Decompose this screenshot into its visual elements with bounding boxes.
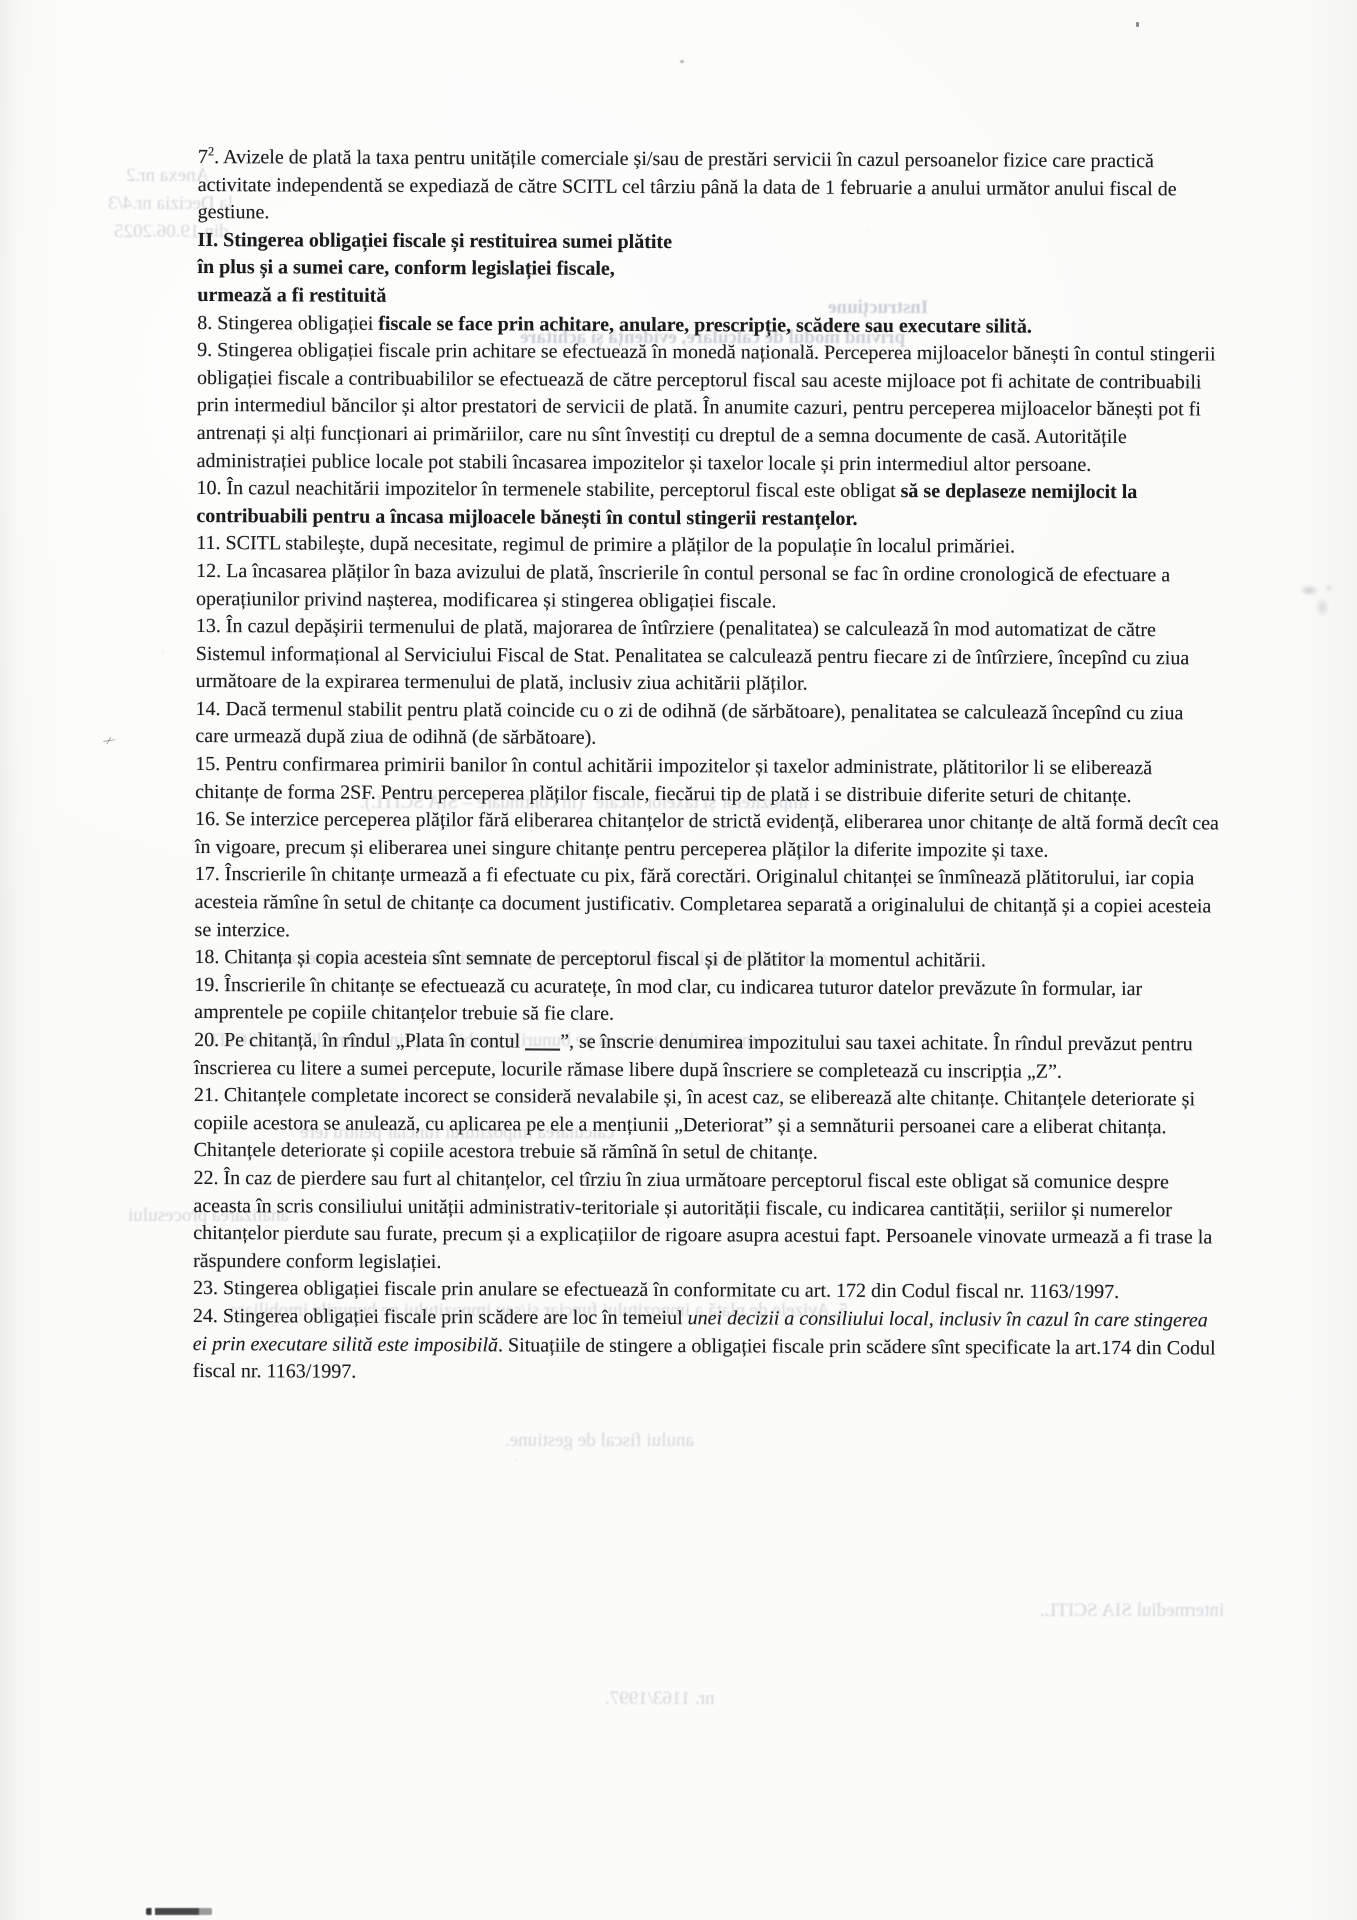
bottom-edge-scan-artifact: [146, 1908, 212, 1915]
paragraph-8-run: 8. Stingerea obligației: [197, 312, 378, 335]
paragraph-24-run: 24. Stingerea obligației fiscale prin sc…: [193, 1305, 688, 1329]
paragraph-22: 22. În caz de pierdere sau furt al chita…: [193, 1165, 1217, 1280]
paragraph-11: 11. SCITL stabilește, după necesitate, r…: [196, 530, 1220, 562]
paragraph-20-run: 20. Pe chitanță, în rîndul „Plata în con…: [194, 1029, 525, 1052]
paragraph-16: 16. Se interzice perceperea plăților făr…: [195, 806, 1219, 866]
paragraph-17: 17. Înscrierile în chitanțe urmează a fi…: [195, 861, 1219, 948]
heading-section-II-line: urmează a fi restituită: [197, 284, 386, 307]
paragraph-21-run: 21. Chitanțele completate incorect se co…: [194, 1084, 1196, 1164]
paragraph-15-run: 15. Pentru confirmarea primirii banilor …: [195, 753, 1152, 807]
paragraph-19-run: 19. Înscrierile în chitanțe se efectueaz…: [194, 974, 1142, 1025]
paragraph-7-2-run: 7: [198, 146, 208, 168]
paragraph-20: 20. Pe chitanță, în rîndul „Plata în con…: [194, 1027, 1218, 1087]
paragraph-11-run: 11. SCITL stabilește, după necesitate, r…: [196, 532, 1015, 558]
paragraph-21: 21. Chitanțele completate incorect se co…: [194, 1082, 1218, 1169]
paragraph-10-run: 10. În cazul neachitării impozitelor în …: [196, 477, 900, 502]
paragraph-23-run: 23. Stingerea obligației fiscale prin an…: [193, 1277, 1119, 1303]
paragraph-7-2: 72. Avizele de plată la taxa pentru unit…: [198, 144, 1222, 231]
paragraph-8: 8. Stingerea obligației fiscale se face …: [197, 310, 1221, 342]
paragraph-9: 9. Stingerea obligației fiscale prin ach…: [197, 337, 1222, 479]
heading-section-II: II. Stingerea obligației fiscale și rest…: [197, 227, 1221, 314]
document-text-block: 72. Avizele de plată la taxa pentru unit…: [193, 144, 1222, 1390]
paragraph-18-run: 18. Chitanța și copia acesteia sînt semn…: [194, 946, 985, 971]
paragraph-23: 23. Stingerea obligației fiscale prin an…: [193, 1275, 1217, 1307]
heading-section-II-line: II. Stingerea obligației fiscale și rest…: [198, 229, 672, 253]
paragraph-12-run: 12. La încasarea plăților în baza avizul…: [196, 560, 1170, 612]
paragraph-20-run: [525, 1030, 560, 1052]
bleedthrough-text: intermediul SIA SCITL.: [1040, 1600, 1224, 1622]
paragraph-13: 13. În cazul depășirii termenului de pla…: [196, 613, 1220, 700]
paper-background: Anexa nr.2la Decizia nr.4/3din 19.06.202…: [0, 0, 1357, 1920]
scan-smudge-artifact: [1296, 576, 1340, 624]
bleedthrough-text: nr. 1163/1997.: [605, 1688, 715, 1710]
paragraph-9-run: 9. Stingerea obligației fiscale prin ach…: [197, 339, 1216, 475]
dust-speck-artifact: [680, 60, 684, 63]
paragraph-12: 12. La încasarea plăților în baza avizul…: [196, 558, 1220, 618]
paragraph-14: 14. Dacă termenul stabilit pentru plată …: [195, 696, 1219, 756]
paragraph-18: 18. Chitanța și copia acesteia sînt semn…: [194, 944, 1218, 976]
scanned-document-page: { "page": { "kind": "scanned paper docum…: [0, 0, 1357, 1920]
paragraph-15: 15. Pentru confirmarea primirii banilor …: [195, 751, 1219, 811]
heading-section-II-line: în plus și a sumei care, conform legisla…: [197, 256, 614, 280]
paragraph-16-run: 16. Se interzice perceperea plăților făr…: [195, 808, 1219, 861]
paragraph-17-run: 17. Înscrierile în chitanțe urmează a fi…: [195, 863, 1212, 941]
pencil-mark-artifact: [99, 737, 115, 749]
bleedthrough-text: anului fiscal de gestiune.: [505, 1430, 694, 1452]
paragraph-13-run: 13. În cazul depășirii termenului de pla…: [196, 615, 1190, 695]
paragraph-24: 24. Stingerea obligației fiscale prin sc…: [193, 1303, 1217, 1390]
paragraph-22-run: 22. În caz de pierdere sau furt al chita…: [193, 1167, 1212, 1273]
paragraph-10: 10. În cazul neachitării impozitelor în …: [196, 475, 1220, 535]
paragraph-19: 19. Înscrierile în chitanțe se efectueaz…: [194, 972, 1218, 1032]
paragraph-7-2-run: . Avizele de plată la taxa pentru unităț…: [198, 146, 1177, 223]
paragraph-14-run: 14. Dacă termenul stabilit pentru plată …: [195, 698, 1183, 749]
paragraph-8-run: fiscale se face prin achitare, anulare, …: [378, 312, 1032, 337]
dust-speck-artifact: [1136, 22, 1139, 27]
